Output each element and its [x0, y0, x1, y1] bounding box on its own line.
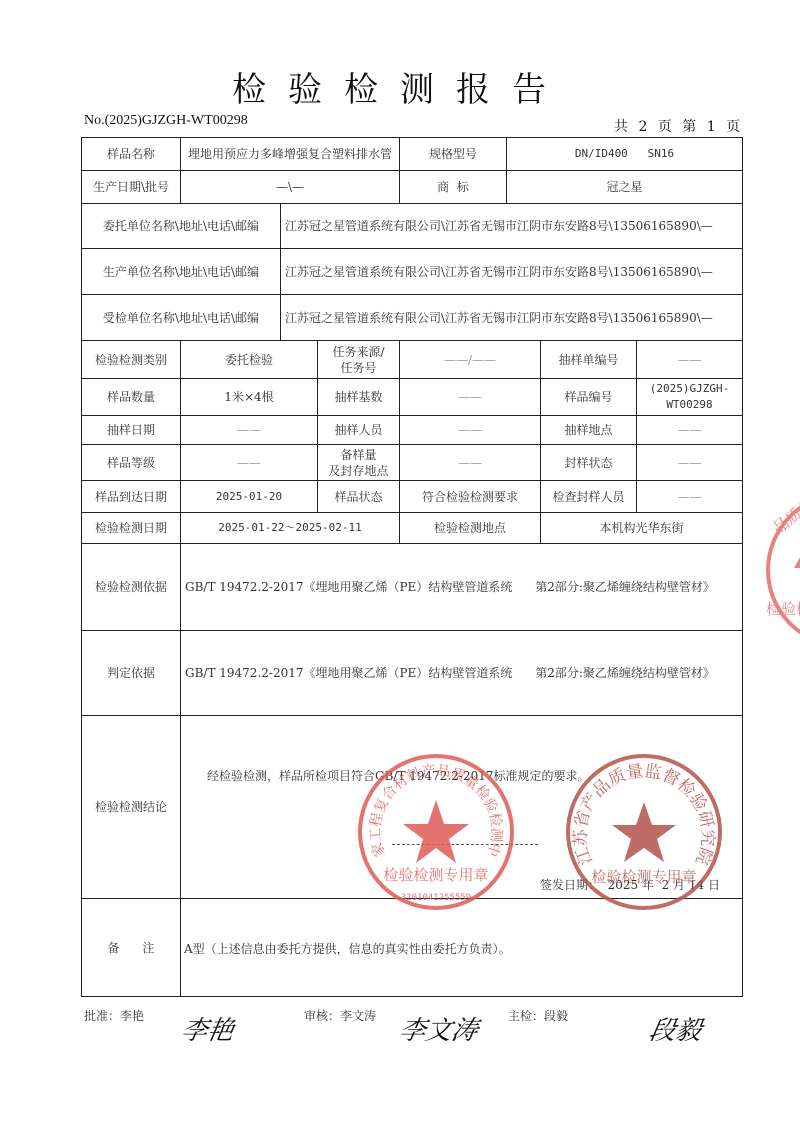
test-place-value: 本机构光华东街	[540, 512, 743, 544]
inspected-unit-value: 江苏冠之星管道系统有限公司\江苏省无锡市江阴市东安路8号\13506165890…	[280, 294, 743, 341]
conclusion-label: 检验检测结论	[81, 715, 181, 899]
sample-no-value: (2025)GJZGH- WT00298	[636, 378, 743, 416]
page-count: 共 2 页 第 1 页	[614, 116, 743, 136]
svg-text:3201041255559: 3201041255559	[401, 893, 471, 903]
sample-name-label: 样品名称	[81, 137, 181, 171]
grade-value: ——	[180, 444, 318, 481]
task-source-label: 任务来源/ 任务号	[317, 340, 400, 379]
sampling-no-label: 抽样单编号	[540, 340, 637, 379]
seal-status-label: 封样状态	[540, 444, 637, 481]
seal-1-graphic: 国家工程复合材料产品质量检验检测中心 检验检测专用章 3201041255559	[356, 752, 516, 912]
sampler-value: ——	[399, 415, 541, 445]
test-type-label: 检验检测类别	[81, 340, 181, 379]
approver-label: 批准：李艳	[84, 1007, 144, 1024]
inspection-seal-jiangsu: 江苏省产品质量监督检验研究院 检验检测专用章	[564, 752, 724, 912]
remark-label: 备 注	[81, 898, 181, 997]
svg-text:检验检测专用章: 检验检测专用章	[591, 868, 696, 886]
sample-no-label: 样品编号	[540, 378, 637, 416]
production-date-label: 生产日期\批号	[81, 170, 181, 204]
sample-state-value: 符合检验检测要求	[399, 480, 541, 513]
test-place-label: 检验检测地点	[399, 512, 541, 544]
spec-label: 规格型号	[399, 137, 507, 171]
sampler-label: 抽样人员	[317, 415, 400, 445]
quantity-value: 1米×4根	[180, 378, 318, 416]
grade-label: 样品等级	[81, 444, 181, 481]
backup-label: 备样量 及封存地点	[317, 444, 400, 481]
sampling-base-label: 抽样基数	[317, 378, 400, 416]
judgement-value: GB/T 19472.2-2017《埋地用聚乙烯（PE）结构壁管道系统 第2部分…	[180, 630, 743, 716]
inspected-unit-label: 受检单位名称\地址\电话\邮编	[81, 294, 281, 341]
arrival-date-value: 2025-01-20	[180, 480, 318, 513]
seal-2-graphic: 江苏省产品质量监督检验研究院 检验检测专用章	[564, 752, 724, 912]
inspection-seal-national: 国家工程复合材料产品质量检验检测中心 检验检测专用章 3201041255559	[356, 752, 516, 912]
inspection-seal-partial: 品质量 检验检	[764, 490, 800, 650]
sampling-base-value: ——	[399, 378, 541, 416]
seal-status-value: ——	[636, 444, 743, 481]
sampling-place-label: 抽样地点	[540, 415, 637, 445]
sample-state-label: 样品状态	[317, 480, 400, 513]
inspector-label: 主检：段毅	[508, 1007, 568, 1024]
quantity-label: 样品数量	[81, 378, 181, 416]
seal-checker-label: 检查封样人员	[540, 480, 637, 513]
report-title: 检验检测报告	[0, 62, 800, 111]
svg-text:检验检: 检验检	[766, 600, 800, 618]
spec-value: DN/ID400 SN16	[506, 137, 743, 171]
approver-signature: 李艳	[179, 1010, 238, 1047]
svg-text:品质量: 品质量	[769, 495, 800, 538]
brand-value: 冠之星	[506, 170, 743, 204]
test-date-value: 2025-01-22～2025-02-11	[180, 512, 400, 544]
inspector-signature: 段毅	[647, 1010, 706, 1047]
report-number: No.(2025)GJZGH-WT00298	[84, 113, 248, 129]
svg-text:检验检测专用章: 检验检测专用章	[383, 866, 488, 884]
remark-text: A型（上述信息由委托方提供，信息的真实性由委托方负责）。	[184, 940, 511, 957]
brand-label: 商 标	[399, 170, 507, 204]
basis-label: 检验检测依据	[81, 543, 181, 631]
seal-3-graphic: 品质量 检验检	[764, 490, 800, 650]
production-date-value: —\—	[180, 170, 400, 204]
test-type-value: 委托检验	[180, 340, 318, 379]
sampling-place-value: ——	[636, 415, 743, 445]
backup-value: ——	[399, 444, 541, 481]
producer-label: 生产单位名称\地址\电话\邮编	[81, 248, 281, 295]
client-label: 委托单位名称\地址\电话\邮编	[81, 203, 281, 249]
judgement-label: 判定依据	[81, 630, 181, 716]
reviewer-signature: 李文涛	[397, 1010, 482, 1047]
sampling-date-value: ——	[180, 415, 318, 445]
arrival-date-label: 样品到达日期	[81, 480, 181, 513]
reviewer-label: 审核：李文涛	[304, 1007, 376, 1024]
sample-name-value: 埋地用预应力多峰增强复合塑料排水管	[180, 137, 400, 171]
sampling-date-label: 抽样日期	[81, 415, 181, 445]
task-source-value: ——/——	[399, 340, 541, 379]
seal-checker-value: ——	[636, 480, 743, 513]
sampling-no-value: ——	[636, 340, 743, 379]
producer-value: 江苏冠之星管道系统有限公司\江苏省无锡市江阴市东安路8号\13506165890…	[280, 248, 743, 295]
basis-value: GB/T 19472.2-2017《埋地用聚乙烯（PE）结构壁管道系统 第2部分…	[180, 543, 743, 631]
test-date-label: 检验检测日期	[81, 512, 181, 544]
client-value: 江苏冠之星管道系统有限公司\江苏省无锡市江阴市东安路8号\13506165890…	[280, 203, 743, 249]
